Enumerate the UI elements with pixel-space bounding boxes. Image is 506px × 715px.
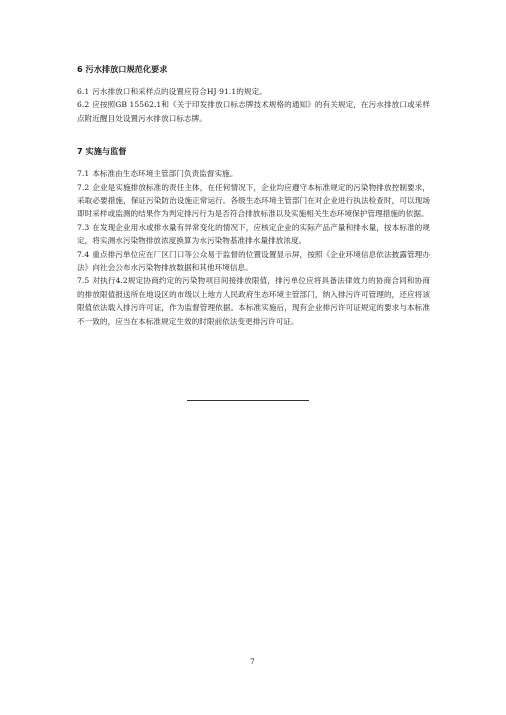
- clause-7-4: 7.4重点排污单位应在厂区门口等公众易于监督的位置设置显示屏，按照《企业环境信息…: [77, 248, 430, 275]
- clause-text: 对执行4.2规定协商约定的污染物项目间接排放限值，排污单位应将具备法律效力的协商…: [77, 276, 430, 325]
- section-6: 6 污水排放口规范化要求 6.1污水排放口和采样点的设置应符合HJ 91.1的规…: [77, 63, 430, 125]
- clause-number: 7.1: [77, 169, 89, 178]
- clause-number: 6.2: [77, 100, 89, 109]
- clause-number: 7.2: [77, 183, 89, 192]
- page-number: 7: [250, 657, 255, 666]
- clause-number: 7.4: [77, 250, 89, 259]
- clause-number: 6.1: [77, 87, 89, 96]
- clause-number: 7.5: [77, 276, 89, 285]
- clause-6-2: 6.2应按照GB 15562.1和《关于印发排放口标志牌技术规格的通知》的有关规…: [77, 98, 430, 125]
- clause-number: 7.3: [77, 223, 89, 232]
- clause-text: 应按照GB 15562.1和《关于印发排放口标志牌技术规格的通知》的有关规定，在…: [77, 100, 430, 122]
- clause-7-5: 7.5对执行4.2规定协商约定的污染物项目间接排放限值，排污单位应将具备法律效力…: [77, 274, 430, 328]
- section-7: 7 实施与监督 7.1本标准由生态环境主管部门负责监督实施。 7.2企业是实施排…: [77, 145, 430, 328]
- clause-text: 企业是实施排放标准的责任主体，在任何情况下，企业均应遵守本标准规定的污染物排放控…: [77, 183, 430, 219]
- section-heading: 7 实施与监督: [77, 145, 430, 158]
- section-heading: 6 污水排放口规范化要求: [77, 63, 430, 76]
- document-page: 6 污水排放口规范化要求 6.1污水排放口和采样点的设置应符合HJ 91.1的规…: [0, 0, 506, 715]
- page-content: 6 污水排放口规范化要求 6.1污水排放口和采样点的设置应符合HJ 91.1的规…: [77, 63, 430, 328]
- clause-7-2: 7.2企业是实施排放标准的责任主体，在任何情况下，企业均应遵守本标准规定的污染物…: [77, 181, 430, 221]
- clause-text: 在发现企业用水或排水量有异常变化的情况下，应核定企业的实际产品产量和排水量，按本…: [77, 223, 430, 245]
- clause-7-3: 7.3在发现企业用水或排水量有异常变化的情况下，应核定企业的实际产品产量和排水量…: [77, 221, 430, 248]
- end-of-standard-rule: [187, 400, 309, 401]
- clause-text: 重点排污单位应在厂区门口等公众易于监督的位置设置显示屏，按照《企业环境信息依法披…: [77, 250, 430, 272]
- clause-text: 本标准由生态环境主管部门负责监督实施。: [92, 169, 237, 178]
- clause-6-1: 6.1污水排放口和采样点的设置应符合HJ 91.1的规定。: [77, 85, 430, 98]
- clause-text: 污水排放口和采样点的设置应符合HJ 91.1的规定。: [92, 87, 267, 96]
- clause-7-1: 7.1本标准由生态环境主管部门负责监督实施。: [77, 167, 430, 180]
